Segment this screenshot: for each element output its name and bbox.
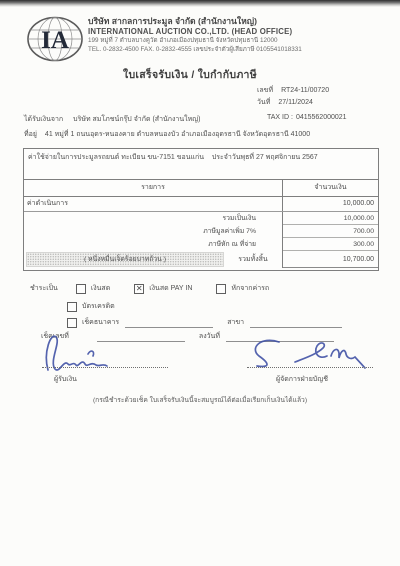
subtotal-amount: 10,000.00 bbox=[283, 212, 378, 225]
pay-by-label: ชำระเป็น bbox=[30, 283, 58, 294]
auction-description: ค่าใช้จ่ายในการประมูลรถยนต์ ทะเบียน ขน-7… bbox=[24, 149, 378, 180]
cheque-condition-note: (กรณีชำระด้วยเช็ค ใบเสร็จรับเงินนี้จะสมบ… bbox=[0, 394, 400, 405]
cheque-bank-row: เช็คธนาคาร สาขา bbox=[67, 317, 342, 328]
table-row: ค่าดำเนินการ 10,000.00 bbox=[24, 197, 378, 212]
credit-card-label: บัตรเครดิต bbox=[82, 301, 115, 312]
grand-total-amount: 10,700.00 bbox=[283, 251, 378, 268]
company-name-en: INTERNATIONAL AUCTION CO.,LTD. (HEAD OFF… bbox=[88, 28, 302, 36]
cash-label: เงินสด bbox=[91, 283, 110, 294]
document-date-label: วันที่ bbox=[257, 99, 270, 106]
received-from-row: ได้รับเงินจากบริษัท สมโภชน์กรุ๊ป จำกัด (… bbox=[24, 114, 200, 125]
checkbox-credit-card bbox=[67, 302, 77, 312]
manager-signature-line bbox=[247, 367, 373, 368]
cheque-bank-label: เช็คธนาคาร bbox=[82, 317, 119, 328]
taxid-label: TAX ID : bbox=[267, 114, 293, 121]
company-name-th: บริษัท สากลการประมูล จำกัด (สำนักงานใหญ่… bbox=[88, 17, 302, 26]
company-logo: IA bbox=[26, 15, 84, 63]
scan-edge-artifact bbox=[0, 0, 400, 7]
grand-total-label: รวมทั้งสิ้น bbox=[224, 251, 282, 268]
vat-label: ภาษีมูลค่าเพิ่ม 7% bbox=[24, 225, 283, 238]
globe-logo-icon: IA bbox=[26, 15, 84, 63]
customer-address-row: ที่อยู่41 หมู่ที่ 1 ถนนอุดร-หนองคาย ตำบล… bbox=[24, 129, 310, 140]
withholding-tax-label: ภาษีหัก ณ ที่จ่าย bbox=[24, 238, 283, 251]
grand-total-row: ( หนึ่งหมื่นเจ็ดร้อยบาทถ้วน ) รวมทั้งสิ้… bbox=[24, 251, 378, 268]
payin-label: เงินสด PAY IN bbox=[149, 283, 192, 294]
item-label: ค่าดำเนินการ bbox=[24, 197, 283, 211]
total-in-words: ( หนึ่งหมื่นเจ็ดร้อยบาทถ้วน ) bbox=[26, 252, 224, 267]
customer-address-value: 41 หมู่ที่ 1 ถนนอุดร-หนองคาย ตำบลหนองบัว… bbox=[45, 131, 310, 138]
document-number: เลขที่RT24-11/00720 bbox=[257, 85, 329, 96]
document-date: วันที่27/11/2024 bbox=[257, 97, 313, 108]
receiver-signature-line bbox=[42, 367, 168, 368]
checkbox-deduct-from-car bbox=[216, 284, 226, 294]
logo-letters: IA bbox=[41, 27, 69, 54]
checkbox-cash-payin-checked: ✕ bbox=[134, 284, 144, 294]
customer-taxid: TAX ID :0415562000021 bbox=[267, 114, 347, 121]
company-tel-taxid: TEL. 0-2832-4500 FAX. 0-2832-4555 เลขประ… bbox=[88, 47, 302, 53]
column-header-item: รายการ bbox=[24, 180, 283, 196]
subtotal-label: รวมเป็นเงิน bbox=[24, 212, 283, 225]
customer-name: บริษัท สมโภชน์กรุ๊ป จำกัด (สำนักงานใหญ่) bbox=[73, 116, 200, 123]
company-address: 199 หมู่ที่ 7 ตำบลบางคูวัด อำเภอเมืองปทุ… bbox=[88, 38, 302, 44]
received-from-label: ได้รับเงินจาก bbox=[24, 116, 63, 123]
check-mark: ✕ bbox=[136, 284, 143, 293]
taxid-value: 0415562000021 bbox=[296, 114, 347, 121]
company-header: บริษัท สากลการประมูล จำกัด (สำนักงานใหญ่… bbox=[88, 17, 302, 55]
cheque-bank-blank bbox=[125, 318, 213, 328]
document-date-value: 27/11/2024 bbox=[278, 99, 313, 106]
withholding-tax-row: ภาษีหัก ณ ที่จ่าย 300.00 bbox=[24, 238, 378, 251]
document-number-label: เลขที่ bbox=[257, 87, 273, 94]
branch-blank bbox=[250, 318, 342, 328]
document-title: ใบเสร็จรับเงิน / ใบกำกับภาษี bbox=[0, 66, 380, 83]
column-header-amount: จำนวนเงิน bbox=[283, 180, 378, 196]
receiver-signature-label: ผู้รับเงิน bbox=[54, 374, 77, 385]
credit-card-row: บัตรเครดิต bbox=[67, 301, 115, 312]
checkbox-cash bbox=[76, 284, 86, 294]
vat-row: ภาษีมูลค่าเพิ่ม 7% 700.00 bbox=[24, 225, 378, 238]
items-table: ค่าใช้จ่ายในการประมูลรถยนต์ ทะเบียน ขน-7… bbox=[23, 148, 379, 271]
payment-method-row: ชำระเป็น เงินสด ✕ เงินสด PAY IN หักจากค่… bbox=[30, 283, 269, 294]
subtotal-row: รวมเป็นเงิน 10,000.00 bbox=[24, 212, 378, 225]
branch-label: สาขา bbox=[227, 317, 244, 328]
manager-signature-label: ผู้จัดการฝ่ายบัญชี bbox=[276, 374, 328, 385]
customer-address-label: ที่อยู่ bbox=[24, 131, 37, 138]
document-number-value: RT24-11/00720 bbox=[281, 87, 329, 94]
vat-amount: 700.00 bbox=[283, 225, 378, 238]
deduct-label: หักจากค่ารถ bbox=[231, 283, 269, 294]
cheque-date-label: ลงวันที่ bbox=[199, 331, 220, 342]
withholding-tax-amount: 300.00 bbox=[283, 238, 378, 251]
receipt-document: IA บริษัท สากลการประมูล จำกัด (สำนักงานใ… bbox=[0, 0, 400, 566]
table-header-row: รายการ จำนวนเงิน bbox=[24, 180, 378, 197]
checkbox-cheque bbox=[67, 318, 77, 328]
item-amount: 10,000.00 bbox=[283, 197, 378, 211]
accounting-manager-signature bbox=[243, 332, 375, 376]
